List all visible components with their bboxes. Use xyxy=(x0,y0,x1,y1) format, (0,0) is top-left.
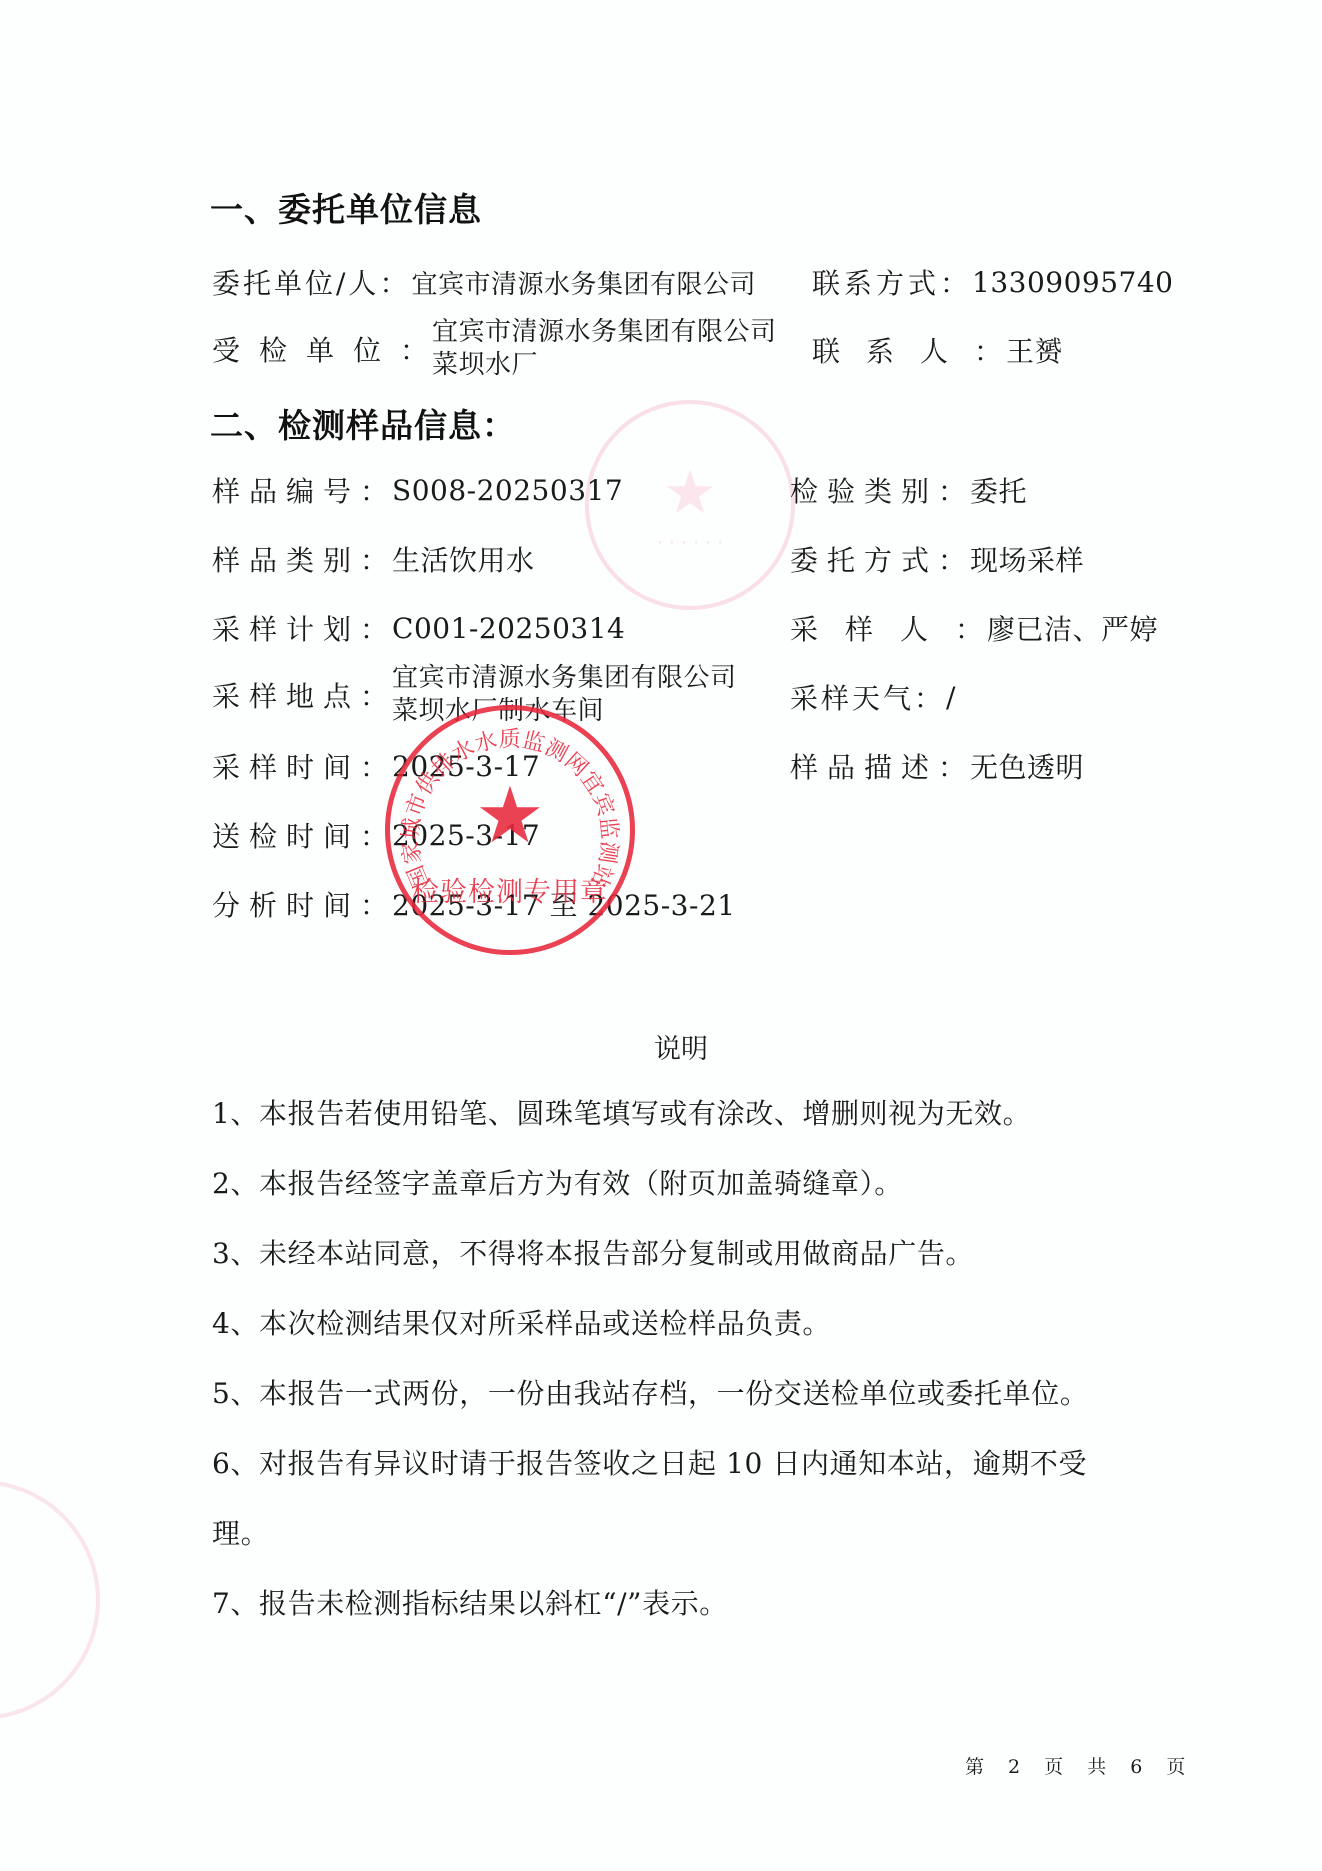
inspected-unit-value: 宜宾市清源水务集团有限公司 菜坝水厂 xyxy=(432,316,777,382)
sample-desc-row: 样品描述 ： 无色透明 xyxy=(790,746,1084,786)
note-item-7: 7、报告未检测指标结果以斜杠“/”表示。 xyxy=(212,1582,728,1622)
colon: ： xyxy=(940,262,968,302)
note-item-3: 3、未经本站同意，不得将本报告部分复制或用做商品广告。 xyxy=(212,1232,974,1272)
contact-person-label: 联系人 xyxy=(812,330,974,370)
analysis-time-label: 分析时间 xyxy=(212,884,360,924)
inspection-type-label: 检验类别 xyxy=(790,470,938,510)
contact-person-value: 王赟 xyxy=(1006,330,1063,370)
sampling-plan-row: 采样计划 ： C001-20250314 xyxy=(212,608,625,648)
submit-time-row: 送检时间 ： 2025-3-17 xyxy=(212,815,540,855)
colon: ： xyxy=(914,677,942,717)
sample-desc-label: 样品描述 xyxy=(790,746,938,786)
note-item-6-continued: 理。 xyxy=(212,1512,269,1552)
sampling-site-value: 宜宾市清源水务集团有限公司 菜坝水厂制水车间 xyxy=(392,662,737,728)
note-item-5: 5、本报告一式两份，一份由我站存档，一份交送检单位或委托单位。 xyxy=(212,1372,1088,1412)
note-item-2: 2、本报告经签字盖章后方为有效（附页加盖骑缝章）。 xyxy=(212,1162,903,1202)
client-value: 宜宾市清源水务集团有限公司 xyxy=(411,264,756,301)
note-item-6: 6、对报告有异议时请于报告签收之日起 10 日内通知本站，逾期不受 xyxy=(212,1442,1087,1482)
weather-row: 采样天气 ： / xyxy=(790,677,956,717)
sampler-label: 采样人 xyxy=(790,608,955,648)
inspected-unit-row: 受检单位 ： 宜宾市清源水务集团有限公司 菜坝水厂 xyxy=(212,316,777,382)
sampling-plan-value: C001-20250314 xyxy=(392,612,625,645)
sample-category-value: 生活饮用水 xyxy=(392,539,535,579)
commission-method-row: 委托方式 ： 现场采样 xyxy=(790,539,1084,579)
colon: ： xyxy=(360,675,388,715)
inspection-type-row: 检验类别 ： 委托 xyxy=(790,470,1027,510)
analysis-time-row: 分析时间 ： 2025-3-17 至 2025-3-21 xyxy=(212,884,736,924)
sampling-site-row: 采样地点 ： 宜宾市清源水务集团有限公司 菜坝水厂制水车间 xyxy=(212,662,737,728)
client-row: 委托单位/人 ： 宜宾市清源水务集团有限公司 xyxy=(212,262,756,302)
colon: ： xyxy=(955,608,983,648)
colon: ： xyxy=(360,539,388,579)
colon: ： xyxy=(360,470,388,510)
commission-method-value: 现场采样 xyxy=(970,539,1084,579)
colon: ： xyxy=(938,539,966,579)
colon: ： xyxy=(974,330,1002,370)
sampling-site-line1: 宜宾市清源水务集团有限公司 xyxy=(392,662,737,695)
page-number: 第 2 页 共 6 页 xyxy=(965,1752,1194,1779)
section1-heading: 一、委托单位信息 xyxy=(210,184,482,231)
client-label: 委托单位/人 xyxy=(212,262,379,302)
sampling-time-label: 采样时间 xyxy=(212,746,360,786)
sampler-row: 采样人 ： 廖已洁、严婷 xyxy=(790,608,1158,648)
inspected-unit-line2: 菜坝水厂 xyxy=(432,349,777,382)
faint-seal-star-icon: ★ xyxy=(663,463,717,523)
sample-category-label: 样品类别 xyxy=(212,539,360,579)
sampler-value: 廖已洁、严婷 xyxy=(987,608,1158,648)
sample-desc-value: 无色透明 xyxy=(970,746,1084,786)
colon: ： xyxy=(400,329,428,369)
inspected-unit-label: 受检单位 xyxy=(212,329,400,369)
inspection-type-value: 委托 xyxy=(970,470,1027,510)
commission-method-label: 委托方式 xyxy=(790,539,938,579)
colon: ： xyxy=(360,608,388,648)
analysis-time-value: 2025-3-17 至 2025-3-21 xyxy=(392,884,736,924)
note-item-1: 1、本报告若使用铅笔、圆珠笔填写或有涂改、增删则视为无效。 xyxy=(212,1092,1031,1132)
section2-heading: 二、检测样品信息： xyxy=(210,400,516,447)
colon: ： xyxy=(379,262,407,302)
colon: ： xyxy=(360,884,388,924)
sampling-time-row: 采样时间 ： 2025-3-17 xyxy=(212,746,540,786)
sampling-site-line2: 菜坝水厂制水车间 xyxy=(392,695,737,728)
note-item-4: 4、本次检测结果仅对所采样品或送检样品负责。 xyxy=(212,1302,831,1342)
contact-method-row: 联系方式 ： 13309095740 xyxy=(812,262,1174,302)
colon: ： xyxy=(938,746,966,786)
sampling-site-label: 采样地点 xyxy=(212,675,360,715)
weather-label: 采样天气 xyxy=(790,677,914,717)
edge-seal-bleed xyxy=(0,1480,100,1720)
colon: ： xyxy=(938,470,966,510)
sample-no-label: 样品编号 xyxy=(212,470,360,510)
sampling-time-value: 2025-3-17 xyxy=(392,750,540,783)
sampling-plan-label: 采样计划 xyxy=(212,608,360,648)
contact-method-value: 13309095740 xyxy=(972,266,1173,299)
sample-category-row: 样品类别 ： 生活饮用水 xyxy=(212,539,535,579)
inspected-unit-line1: 宜宾市清源水务集团有限公司 xyxy=(432,316,777,349)
colon: ： xyxy=(360,815,388,855)
submit-time-label: 送检时间 xyxy=(212,815,360,855)
notes-title: 说明 xyxy=(0,1027,1322,1066)
colon: ： xyxy=(360,746,388,786)
weather-value: / xyxy=(946,681,956,714)
contact-person-row: 联系人 ： 王赟 xyxy=(812,330,1063,370)
contact-method-label: 联系方式 xyxy=(812,262,940,302)
faint-seal-text: · · · · · · xyxy=(589,532,791,554)
sample-no-value: S008-20250317 xyxy=(392,474,623,507)
submit-time-value: 2025-3-17 xyxy=(392,819,540,852)
sample-no-row: 样品编号 ： S008-20250317 xyxy=(212,470,623,510)
